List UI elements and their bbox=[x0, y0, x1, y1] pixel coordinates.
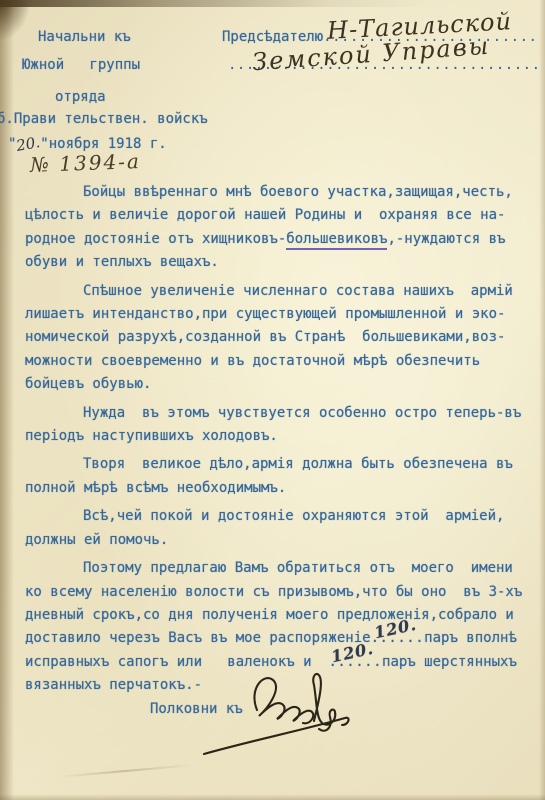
body-line: Бойцы ввѣреннаго мнѣ боевого участка,защ… bbox=[25, 181, 539, 204]
paragraph-4: Творя великое дѣло,армія должна быть обе… bbox=[25, 453, 539, 500]
body-line: должны ей помочь. bbox=[25, 529, 539, 552]
body-line: дневный срокъ,со дня полученія моего пре… bbox=[25, 604, 539, 627]
body-text: паръ вполнѣ bbox=[424, 630, 517, 646]
body-text: доставило черезъ Васъ въ мое распоряжені… bbox=[25, 630, 371, 646]
paragraph-3: Нужда въ этомъ чувствуется особенно остр… bbox=[25, 402, 539, 449]
body-line: бойцевъ обувью. bbox=[25, 373, 539, 396]
sender-group: Южной группы bbox=[22, 56, 140, 74]
body-text: паръ шерстянныхъ bbox=[382, 654, 517, 670]
paper-crease bbox=[58, 764, 193, 778]
body-line: лишаетъ интенданство,при существующей пр… bbox=[25, 303, 539, 326]
scan-edge-bottom bbox=[0, 794, 545, 800]
document-number: № 1394-а bbox=[30, 154, 141, 175]
body-line: цѣлость и величіе дорогой нашей Родины и… bbox=[25, 204, 539, 227]
body-line: Нужда въ этомъ чувствуется особенно остр… bbox=[25, 402, 539, 425]
body-line: ко всему населенію волости съ призывомъ,… bbox=[25, 581, 539, 604]
body-line: Спѣшное увеличеніе численнаго состава на… bbox=[25, 280, 539, 303]
sender-title: Начальни къ bbox=[38, 28, 131, 46]
paragraph-1: Бойцы ввѣреннаго мнѣ боевого участка,защ… bbox=[25, 181, 539, 275]
date-quote-close: " bbox=[40, 136, 48, 152]
pen-underlined-word: большевиковъ bbox=[286, 231, 387, 250]
body-line: полной мѣрѣ всѣмъ необходимымъ. bbox=[25, 477, 539, 500]
letter-body: Бойцы ввѣреннаго мнѣ боевого участка,защ… bbox=[25, 181, 539, 703]
recipient-title: Предсѣдателю bbox=[222, 29, 323, 45]
body-line: Творя великое дѣло,армія должна быть обе… bbox=[25, 453, 539, 476]
handwritten-number: № 1394-а bbox=[30, 152, 141, 174]
body-line: періодъ наступившихъ холодовъ. bbox=[25, 425, 539, 448]
body-line: Поэтому предлагаю Вамъ обратиться отъ мо… bbox=[25, 557, 539, 580]
body-line: можности своевременно и въ достаточной м… bbox=[25, 350, 539, 373]
body-line: родное достояніе отъ хищниковъ-большевик… bbox=[25, 228, 539, 251]
scan-corner-dark bbox=[0, 0, 30, 40]
scan-edge-top bbox=[0, 0, 545, 7]
sender-troops: б.Прави тельствен. войскъ bbox=[0, 110, 208, 128]
body-line: Всѣ,чей покой и достояніе охраняются это… bbox=[25, 505, 539, 528]
paragraph-5: Всѣ,чей покой и достояніе охраняются это… bbox=[25, 505, 539, 552]
fill-in-pairs-boots: 120....... bbox=[371, 627, 425, 650]
colonel-signature-scrawl bbox=[195, 668, 375, 763]
body-line: доставило черезъ Васъ въ мое распоряжені… bbox=[25, 627, 539, 650]
document-page: Начальни къ Южной группы отряда б.Прави … bbox=[0, 0, 545, 800]
paragraph-2: Спѣшное увеличеніе численнаго состава на… bbox=[25, 280, 539, 397]
body-line: номической разрухѣ,созданной въ Странѣ б… bbox=[25, 326, 539, 349]
body-text: ,-нуждаются въ bbox=[387, 231, 505, 247]
scan-edge-right bbox=[539, 0, 545, 800]
sender-detachment: отряда bbox=[55, 88, 106, 106]
body-line: обуви и теплыхъ вещахъ. bbox=[25, 251, 539, 274]
body-text: родное достояніе отъ хищниковъ- bbox=[25, 231, 286, 247]
